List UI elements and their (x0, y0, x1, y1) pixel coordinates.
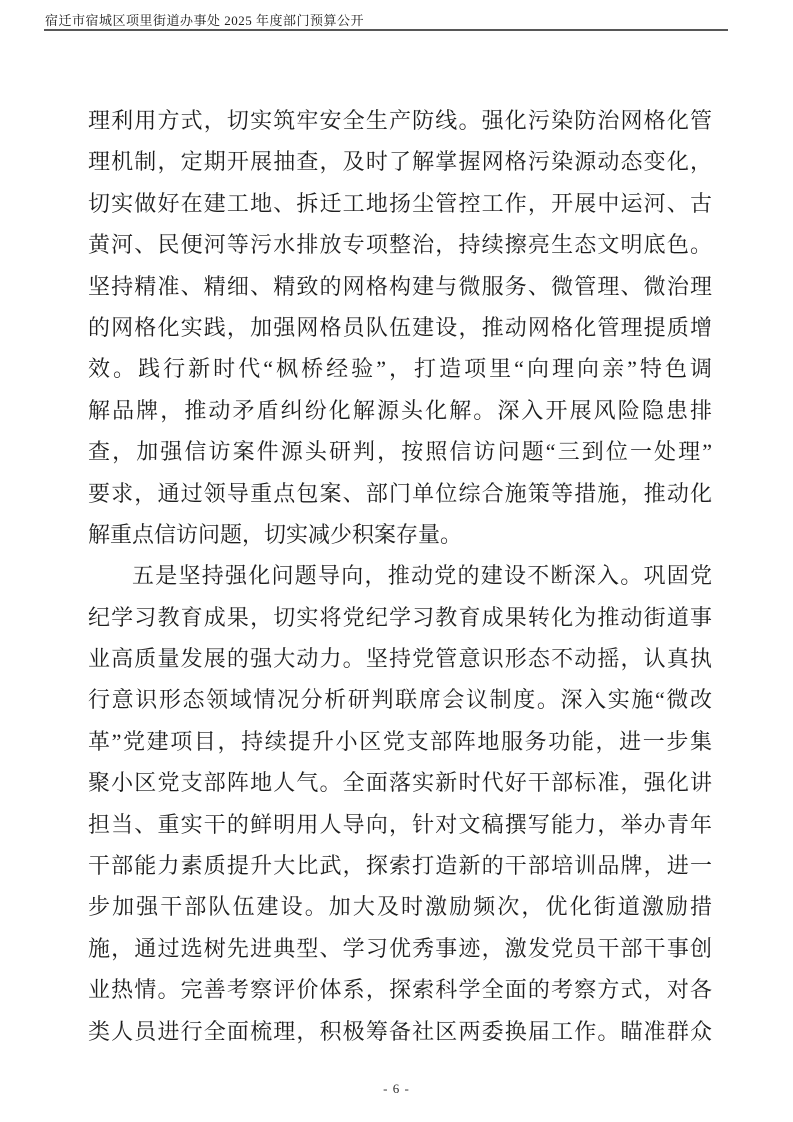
body-line: 行意识形态领域情况分析研判联席会议制度。深入实施“微改 (88, 679, 712, 720)
paragraph: 理利用方式，切实筑牢安全生产防线。强化污染防治网格化管 理机制，定期开展抽查，及… (88, 100, 712, 555)
body-line: 理利用方式，切实筑牢安全生产防线。强化污染防治网格化管 (88, 100, 712, 141)
paragraph: 五是坚持强化问题导向，推动党的建设不断深入。巩固党 纪学习教育成果，切实将党纪学… (88, 555, 712, 1052)
body-line: 效。践行新时代“枫桥经验”，打造项里“向理向亲”特色调 (88, 348, 712, 389)
body-line: 五是坚持强化问题导向，推动党的建设不断深入。巩固党 (88, 555, 712, 596)
body-line: 理机制，定期开展抽查，及时了解掌握网格污染源动态变化， (88, 141, 712, 182)
body-line: 坚持精准、精细、精致的网格构建与微服务、微管理、微治理 (88, 266, 712, 307)
body-line: 纪学习教育成果，切实将党纪学习教育成果转化为推动街道事 (88, 597, 712, 638)
page-footer: - 6 - (0, 1081, 793, 1097)
header-divider (44, 29, 728, 31)
body-line: 切实做好在建工地、拆迁工地扬尘管控工作，开展中运河、古 (88, 183, 712, 224)
body-line: 要求，通过领导重点包案、部门单位综合施策等措施，推动化 (88, 473, 712, 514)
body-line: 聚小区党支部阵地人气。全面落实新时代好干部标准，强化讲 (88, 762, 712, 803)
page-number: - 6 - (383, 1081, 410, 1096)
body-line: 类人员进行全面梳理，积极筹备社区两委换届工作。瞄准群众 (88, 1011, 712, 1052)
body-line: 步加强干部队伍建设。加大及时激励频次，优化街道激励措 (88, 886, 712, 927)
body-line: 黄河、民便河等污水排放专项整治，持续擦亮生态文明底色。 (88, 224, 712, 265)
document-body: 理利用方式，切实筑牢安全生产防线。强化污染防治网格化管 理机制，定期开展抽查，及… (88, 100, 712, 1052)
document-page: 宿迁市宿城区项里街道办事处 2025 年度部门预算公开 理利用方式，切实筑牢安全… (0, 0, 793, 1122)
body-line: 担当、重实干的鲜明用人导向，针对文稿撰写能力，举办青年 (88, 804, 712, 845)
body-line: 革”党建项目，持续提升小区党支部阵地服务功能，进一步集 (88, 721, 712, 762)
body-line: 的网格化实践，加强网格员队伍建设，推动网格化管理提质增 (88, 307, 712, 348)
body-line: 解品牌，推动矛盾纠纷化解源头化解。深入开展风险隐患排 (88, 390, 712, 431)
body-line: 施，通过选树先进典型、学习优秀事迹，激发党员干部干事创 (88, 928, 712, 969)
header-title: 宿迁市宿城区项里街道办事处 2025 年度部门预算公开 (45, 10, 364, 29)
body-line: 查，加强信访案件源头研判，按照信访问题“三到位一处理” (88, 431, 712, 472)
body-line: 业高质量发展的强大动力。坚持党管意识形态不动摇，认真执 (88, 638, 712, 679)
body-line: 解重点信访问题，切实减少积案存量。 (88, 514, 712, 555)
body-line: 干部能力素质提升大比武，探索打造新的干部培训品牌，进一 (88, 845, 712, 886)
body-line: 业热情。完善考察评价体系，探索科学全面的考察方式，对各 (88, 969, 712, 1010)
